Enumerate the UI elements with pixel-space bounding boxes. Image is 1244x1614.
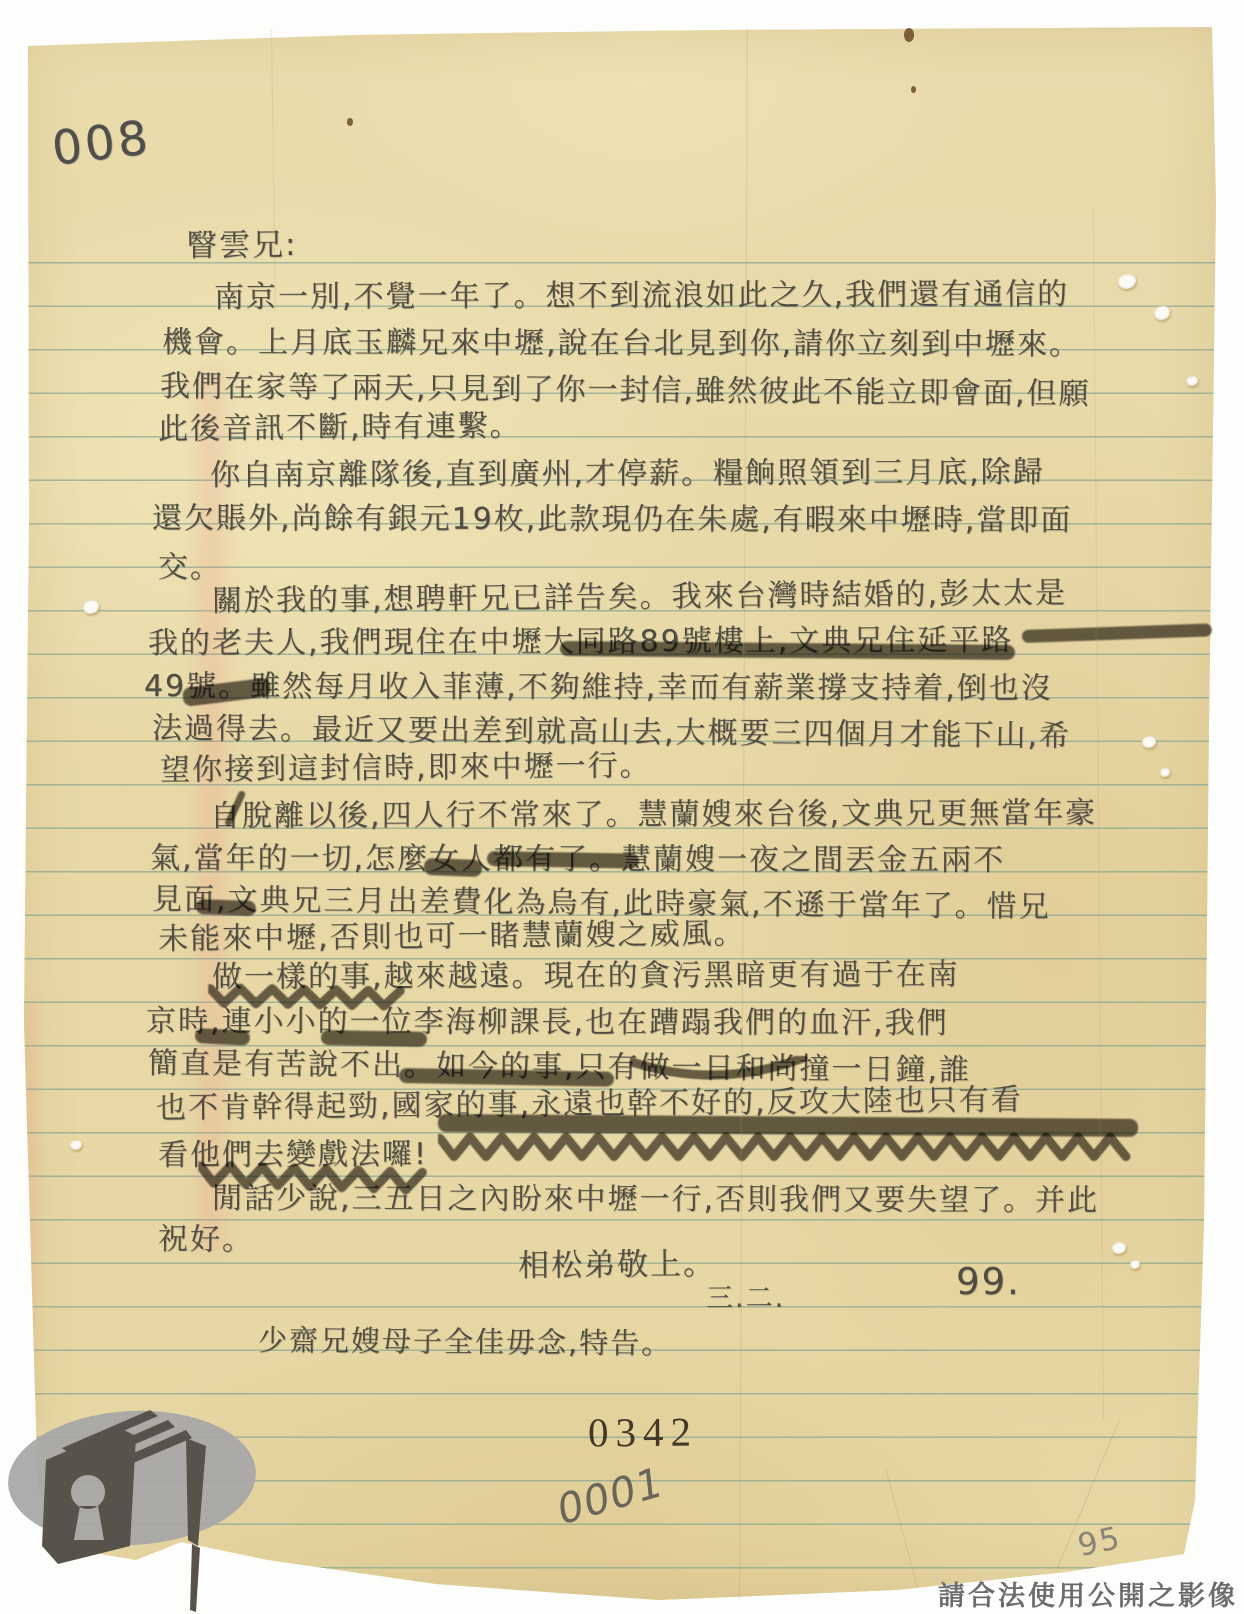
handwriting-line: 相松弟敬上。: [518, 1238, 716, 1285]
archive-stamp-number: 0342: [588, 1408, 698, 1457]
ink-smear-mark: [196, 899, 256, 916]
paper-hole-blemish: [1154, 306, 1170, 320]
paper-hole-blemish: [1160, 768, 1170, 777]
pink-edge-tint: [20, 1002, 36, 1422]
paper-hole-blemish: [83, 600, 99, 614]
handwriting-line: 瞖雲兄:: [186, 219, 298, 265]
ink-wave-underline: [208, 982, 422, 1022]
ink-smear-mark: [487, 851, 639, 869]
paper-stain-speck: [911, 86, 916, 93]
handwriting-line: 49號。雖然每月收入菲薄,不夠維持,幸而有薪業撐支持着,倒也沒: [144, 661, 1053, 707]
handwriting-line: 自脫離以後,四人行不常來了。慧蘭嫂來台後,文典兄更無當年豪: [210, 788, 1097, 835]
handwriting-line: 還欠賬外,尚餘有銀元19枚,此款現仍在朱處,有暇來中壢時,當即面: [152, 493, 1072, 539]
paper-hole-blemish: [1130, 1260, 1140, 1269]
handwriting-line: 少齋兄嫂母子全佳毋念,特告。: [258, 1318, 673, 1363]
handwriting-line: 機會。上月底玉麟兄來中壢,說在台北見到你,請你立刻到中壢來。: [162, 317, 1081, 363]
handwriting-line: 99.: [956, 1260, 1021, 1303]
archives-watermark-logo: [2, 1396, 258, 1614]
handwriting-line: 望你接到這封信時,即來中壢一行。: [160, 740, 652, 789]
document-scan: 瞖雲兄:南京一別,不覺一年了。想不到流浪如此之久,我們還有通信的機會。上月底玉麟…: [0, 0, 1244, 1614]
ink-arc-underline: [630, 1056, 813, 1098]
handwriting-line: 你自南京離隊後,直到廣州,才停薪。糧餉照領到三月底,除歸: [210, 447, 1045, 494]
handwriting-line: 此後音訊不斷,時有連繫。: [158, 400, 522, 448]
ink-smear-mark: [321, 1030, 427, 1047]
ink-wave-underline: [438, 1130, 1146, 1172]
handwriting-line: 祝好。: [158, 1214, 254, 1259]
ink-smear-mark: [195, 1028, 251, 1046]
ink-smear-mark: [424, 858, 483, 877]
paper-stain-speck: [904, 28, 914, 42]
copyright-watermark-text: 請合法使用公開之影像: [938, 1574, 1238, 1613]
handwriting-line: 三.二.: [706, 1276, 785, 1315]
handwriting-line: 南京一別,不覺一年了。想不到流浪如此之久,我們還有通信的: [214, 269, 1069, 316]
handwriting-line: 關於我的事,想聘軒兄已詳告矣。我來台灣時結婚的,彭太太是: [212, 568, 1067, 620]
ink-wave-underline: [197, 1158, 441, 1206]
